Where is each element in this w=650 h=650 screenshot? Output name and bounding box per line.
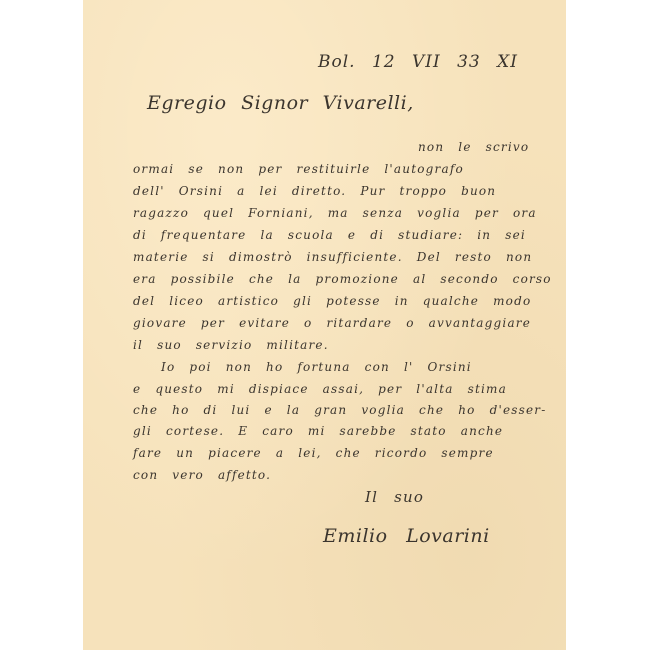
letter-signature: Emilio Lovarini — [323, 525, 490, 547]
body-line: dell' Orsini a lei diretto. Pur troppo b… — [133, 184, 496, 198]
body-line: il suo servizio militare. — [133, 338, 329, 352]
body-line: materie si dimostrò insufficiente. Del r… — [133, 250, 532, 264]
body-line: fare un piacere a lei, che ricordo sempr… — [133, 446, 494, 460]
letter-salutation: Egregio Signor Vivarelli, — [147, 92, 414, 114]
body-line: del liceo artistico gli potesse in qualc… — [133, 294, 531, 308]
letter-closing: Il suo — [365, 488, 424, 506]
body-line: gli cortese. E caro mi sarebbe stato anc… — [133, 424, 503, 438]
body-line: con vero affetto. — [133, 468, 271, 482]
body-line: di frequentare la scuola e di studiare: … — [133, 228, 526, 242]
body-line: ormai se non per restituirle l'autografo — [133, 162, 464, 176]
body-line: e questo mi dispiace assai, per l'alta s… — [133, 382, 507, 396]
letter-paper: Bol. 12 VII 33 XI Egregio Signor Vivarel… — [83, 0, 566, 650]
body-line: Io poi non ho fortuna con l' Orsini — [161, 360, 472, 374]
body-line: giovare per evitare o ritardare o avvant… — [133, 316, 531, 330]
letter-date: Bol. 12 VII 33 XI — [318, 52, 518, 72]
body-line: era possibile che la promozione al secon… — [133, 272, 552, 286]
body-line: non le scrivo — [418, 140, 529, 154]
body-line: che ho di lui e la gran voglia che ho d'… — [133, 403, 546, 417]
body-line: ragazzo quel Forniani, ma senza voglia p… — [133, 206, 537, 220]
